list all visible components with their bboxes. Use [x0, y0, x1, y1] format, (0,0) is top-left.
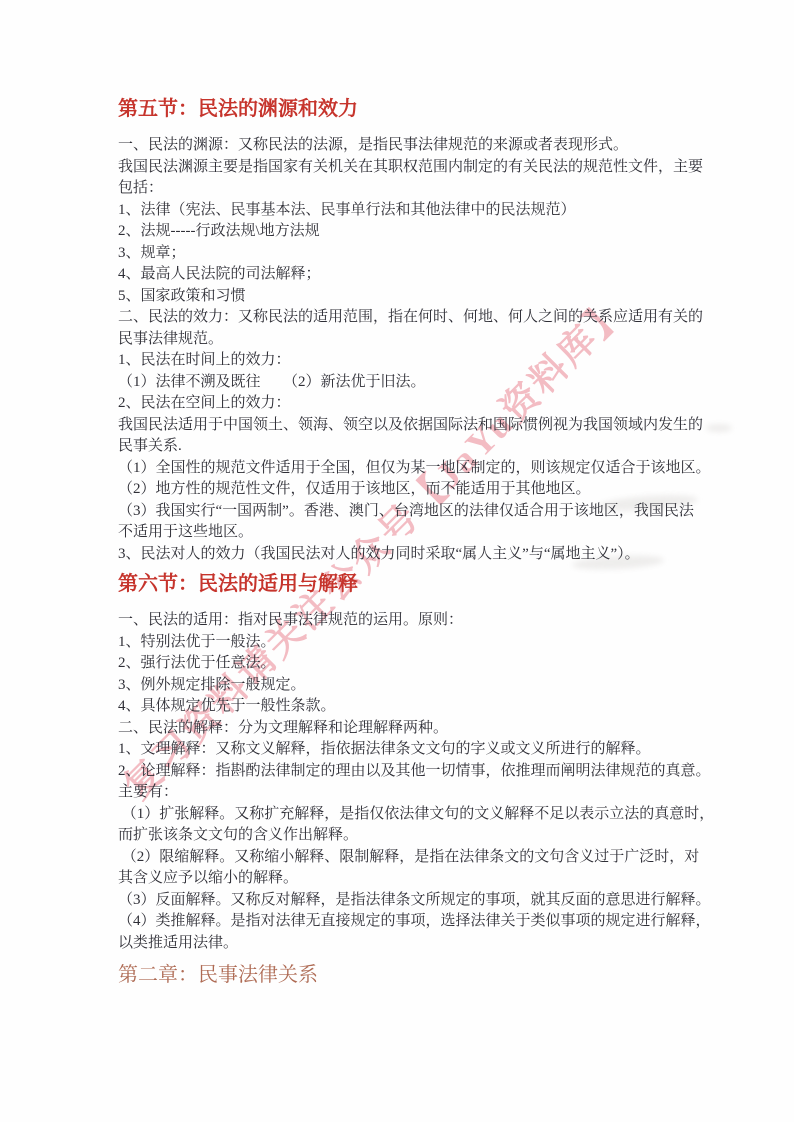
- text-line: 4、具体规定优先于一般性条款。: [118, 696, 684, 718]
- text-line: 3、例外规定排除一般规定。: [118, 675, 684, 697]
- text-line: 2、民法在空间上的效力：: [118, 393, 684, 415]
- text-line: 3、民法对人的效力（我国民法对人的效力同时采取“属人主义”与“属地主义”）。: [118, 544, 684, 566]
- text-line: 1、特别法优于一般法。: [118, 632, 684, 654]
- text-line: 1、民法在时间上的效力：: [118, 350, 684, 372]
- text-line: （2）限缩解释。又称缩小解释、限制解释，是指在法律条文的文句含义过于广泛时，对: [118, 847, 684, 869]
- text-line: 主要有：: [118, 782, 684, 804]
- text-line: 1、文理解释：又称文义解释，指依据法律条文文句的字义或文义所进行的解释。: [118, 739, 684, 761]
- text-line: 我国民法适用于中国领土、领海、领空以及依据国际法和国际惯例视为我国领域内发生的: [118, 415, 684, 437]
- section-6-heading: 第六节：民法的适用与解释: [118, 571, 684, 597]
- chapter-2-heading: 第二章：民事法律关系: [118, 962, 684, 988]
- text-line: 而扩张该条文文句的含义作出解释。: [118, 825, 684, 847]
- text-line: 2、论理解释：指斟酌法律制定的理由以及其他一切情事，依推理而阐明法律规范的真意。: [118, 761, 684, 783]
- text-line: 2、法规-----行政法规\地方法规: [118, 221, 684, 243]
- text-line: 一、民法的适用：指对民事法律规范的运用。原则：: [118, 610, 684, 632]
- text-line: 二、民法的解释：分为文理解释和论理解释两种。: [118, 718, 684, 740]
- text-line: 我国民法渊源主要是指国家有关机关在其职权范围内制定的有关民法的规范性文件，主要: [118, 157, 684, 179]
- text-line: 民事关系.: [118, 436, 684, 458]
- text-line: 包括：: [118, 178, 684, 200]
- section-5-heading: 第五节：民法的渊源和效力: [118, 96, 684, 122]
- text-line: 以类推适用法律。: [118, 933, 684, 955]
- text-line: 4、最高人民法院的司法解释；: [118, 264, 684, 286]
- scan-smudge: [706, 424, 732, 432]
- text-line: 1、法律（宪法、民事基本法、民事单行法和其他法律中的民法规范）: [118, 200, 684, 222]
- text-line: 一、民法的渊源：又称民法的法源，是指民事法律规范的来源或者表现形式。: [118, 135, 684, 157]
- text-line: （1）扩张解释。又称扩充解释，是指仅依法律文句的文义解释不足以表示立法的真意时，: [118, 804, 684, 826]
- text-line: （2）地方性的规范性文件，仅适用于该地区，而不能适用于其他地区。: [118, 479, 684, 501]
- text-line: 其含义应予以缩小的解释。: [118, 868, 684, 890]
- text-line: 不适用于这些地区。: [118, 522, 684, 544]
- document-page: 复习资料请关注公众号【JaYu资料库】 第五节：民法的渊源和效力 一、民法的渊源…: [0, 0, 794, 1122]
- text-line: 2、强行法优于任意法。: [118, 653, 684, 675]
- text-line: 3、规章；: [118, 243, 684, 265]
- text-line: （1）法律不溯及既往 （2）新法优于旧法。: [118, 372, 684, 394]
- text-line: （3）反面解释。又称反对解释，是指法律条文所规定的事项，就其反面的意思进行解释。: [118, 890, 684, 912]
- document-body: 第五节：民法的渊源和效力 一、民法的渊源：又称民法的法源，是指民事法律规范的来源…: [118, 96, 684, 988]
- text-line: 二、民法的效力：又称民法的适用范围，指在何时、何地、何人之间的关系应适用有关的: [118, 307, 684, 329]
- text-line: （3）我国实行“一国两制”。香港、澳门、台湾地区的法律仅适合用于该地区，我国民法: [118, 501, 684, 523]
- text-line: （4）类推解释。是指对法律无直接规定的事项，选择法律关于类似事项的规定进行解释，: [118, 911, 684, 933]
- text-line: （1）全国性的规范文件适用于全国，但仅为某一地区制定的，则该规定仅适合于该地区。: [118, 458, 684, 480]
- text-line: 5、国家政策和习惯: [118, 286, 684, 308]
- text-line: 民事法律规范。: [118, 329, 684, 351]
